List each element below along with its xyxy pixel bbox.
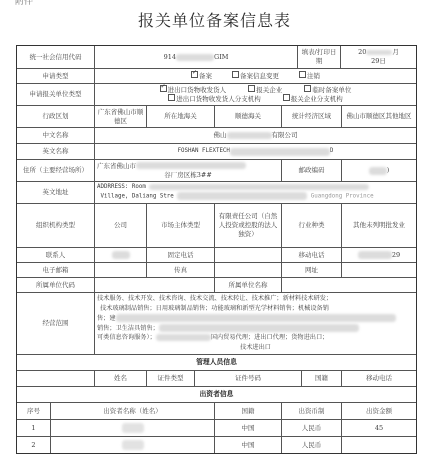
row-en-address: 英文地址 ADDRRESS: Room Village, Daliang Str… <box>17 181 416 203</box>
phone-label: 固定电话 <box>146 248 214 262</box>
row-managers-header: 姓名 证件类型 证件号码 国籍 移动电话 <box>17 370 416 386</box>
scope-line: 售；建 <box>97 315 116 322</box>
redacted-block <box>177 192 307 200</box>
investor-nationality: 中国 <box>214 437 281 453</box>
checkbox-icon[interactable] <box>232 71 239 78</box>
email-label: 电子邮箱 <box>17 263 94 277</box>
address-line2: 谷厂房区栋3## <box>97 171 279 180</box>
redacted-block <box>156 334 211 341</box>
row-business-scope: 经营范围 技术服务、技术开发、技术咨询、技术交流、技术转让、技术推广；新材料技术… <box>17 292 416 354</box>
row-apply-type: 申请类型 备案 备案信息变更 注销 <box>17 68 416 83</box>
managers-col-nationality: 国籍 <box>301 371 341 386</box>
scope-label: 经营范围 <box>17 293 94 354</box>
investors-section-title: 出资者信息 <box>17 387 416 402</box>
checkbox-icon[interactable] <box>304 85 311 92</box>
row-investors-header: 序号 出资者名称（姓名） 国籍 出资币制 出资金额 <box>17 402 416 419</box>
credit-code-label: 统一社会信用代码 <box>17 46 94 68</box>
credit-code-prefix: 914 <box>164 53 176 62</box>
org-type-value: 公司 <box>94 204 146 247</box>
en-name-prefix: FOSHAN FLEXTECH <box>178 147 230 156</box>
mobile-label: 移动电话 <box>281 248 341 262</box>
contact-value <box>94 248 146 262</box>
checkbox-icon[interactable] <box>299 71 306 78</box>
unit-type-label: 申请报关单位类型 <box>17 84 94 105</box>
postcode-value: ) <box>341 160 416 181</box>
parent-code-value <box>94 278 214 292</box>
row-region: 行政区划 广东省佛山市顺德区 所在地海关 顺德海关 统计经济区域 佛山市顺德区其… <box>17 105 416 127</box>
en-address-label: 英文地址 <box>17 182 94 203</box>
row-address: 住所（主要经营场所） 广东省佛山市 谷厂房区栋3## 邮政编码 ) <box>17 159 416 181</box>
redacted-block <box>116 314 396 322</box>
option-temporary[interactable]: 临时备案单位 <box>304 86 351 94</box>
table-row: 2 中国 人民币 <box>17 436 416 453</box>
option-label: 报关企业分支机构 <box>291 95 343 103</box>
cn-name-prefix: 佛山 <box>214 131 227 140</box>
row-en-name: 英文名称 FOSHAN FLEXTECH D <box>17 143 416 159</box>
contact-label: 联系人 <box>17 248 94 262</box>
investor-nationality: 中国 <box>214 420 281 436</box>
redacted-block <box>366 50 392 55</box>
option-register[interactable]: 备案 <box>191 72 212 81</box>
apply-type-label: 申请类型 <box>17 69 94 83</box>
fax-label: 传真 <box>146 263 214 277</box>
redacted-block <box>176 54 214 61</box>
en-name-label: 英文名称 <box>17 144 94 159</box>
fill-date-year: 20 <box>358 48 366 56</box>
option-change[interactable]: 备案信息变更 <box>232 72 279 81</box>
en-name-value: FOSHAN FLEXTECH D <box>94 144 416 159</box>
row-managers-section: 管理人员信息 <box>17 354 416 370</box>
investors-col-currency: 出资币制 <box>281 403 341 419</box>
table-row: 1 中国 人民币 45 <box>17 419 416 436</box>
row-credit-code: 统一社会信用代码 914 GIM 填表/打印日期 20月 29日 <box>17 46 416 68</box>
fill-date-day: 29日 <box>371 57 386 66</box>
checkbox-checked-icon[interactable] <box>160 85 167 92</box>
option-label: 备案信息变更 <box>240 72 279 80</box>
row-investors-section: 出资者信息 <box>17 386 416 402</box>
checkbox-icon[interactable] <box>168 94 175 101</box>
option-cancel[interactable]: 注销 <box>299 72 320 81</box>
parent-code-label: 所属单位代码 <box>17 278 94 292</box>
investor-currency: 人民币 <box>281 420 341 436</box>
address-label: 住所（主要经营场所） <box>17 160 94 181</box>
row-org-type: 组织机构类型 公司 市场主体类型 有限责任公司（自然人投资或控股的法人独资） 行… <box>17 203 416 247</box>
industry-value: 其他未列明批发业 <box>341 204 416 247</box>
market-type-label: 市场主体类型 <box>146 204 214 247</box>
fax-value <box>214 263 281 277</box>
option-label: 报关企业 <box>256 86 282 94</box>
option-consignee-branch[interactable]: 进出口货物收发货人分支机构 <box>168 95 261 103</box>
investor-index: 1 <box>17 420 50 436</box>
redacted-block <box>227 132 272 139</box>
address-line1: 广东省佛山市 <box>97 162 136 170</box>
attachment-label: 附件 <box>15 0 33 7</box>
apply-type-options: 备案 备案信息变更 注销 <box>94 69 416 83</box>
redacted-block <box>230 148 330 156</box>
parent-name-label: 所属单位名称 <box>214 278 281 292</box>
option-label: 注销 <box>307 72 320 80</box>
redacted-block <box>358 251 392 259</box>
redacted-block <box>369 167 387 175</box>
email-value <box>94 263 146 277</box>
option-customs-broker[interactable]: 报关企业 <box>248 86 282 94</box>
managers-col-name: 姓名 <box>94 371 146 386</box>
row-unit-type: 申请报关单位类型 进出口货物收发货人 报关企业 临时备案单位 进出口货物收发货人… <box>17 83 416 105</box>
scope-line: 可类信息咨询服务）； <box>97 334 156 341</box>
credit-code-suffix: GIM <box>214 53 228 62</box>
checkbox-icon[interactable] <box>283 94 290 101</box>
region-value: 广东省佛山市顺德区 <box>94 106 146 127</box>
econ-region-label: 统计经济区域 <box>281 106 341 127</box>
industry-label: 行业种类 <box>281 204 341 247</box>
redacted-block <box>122 423 144 433</box>
scope-value: 技术服务、技术开发、技术咨询、技术交流、技术转让、技术推广；新材料技术研发； 技… <box>94 293 416 354</box>
scope-line: 技术服务、技术开发、技术咨询、技术交流、技术转让、技术推广；新材料技术研发； <box>97 294 414 304</box>
checkbox-checked-icon[interactable] <box>191 71 198 78</box>
en-name-suffix: D <box>330 147 334 156</box>
managers-col-id-type: 证件类型 <box>146 371 194 386</box>
row-parent-unit: 所属单位代码 所属单位名称 <box>17 277 416 292</box>
org-type-label: 组织机构类型 <box>17 204 94 247</box>
investors-col-index: 序号 <box>17 403 50 419</box>
investors-col-amount: 出资金额 <box>341 403 416 419</box>
mobile-suffix: 29 <box>392 251 400 260</box>
option-label: 进出口货物收发货人 <box>168 86 227 94</box>
en-address-line2-suffix: Guangdong Province <box>311 194 374 200</box>
investor-name <box>50 437 214 453</box>
option-label: 进出口货物收发货人分支机构 <box>176 95 261 103</box>
option-broker-branch[interactable]: 报关企业分支机构 <box>283 95 343 103</box>
row-contact: 联系人 固定电话 移动电话 29 <box>17 247 416 262</box>
investor-amount <box>341 437 416 453</box>
scope-line: 技术玻璃制品销售；日用玻璃制品销售；功能玻璃和新型光学材料销售；机械设备销 <box>97 304 414 314</box>
region-label: 行政区划 <box>17 106 94 127</box>
parent-name-value <box>281 278 416 292</box>
address-value: 广东省佛山市 谷厂房区栋3## <box>94 160 281 181</box>
phone-value <box>214 248 281 262</box>
managers-section-title: 管理人员信息 <box>17 355 416 370</box>
checkbox-icon[interactable] <box>248 85 255 92</box>
row-email: 电子邮箱 传真 网址 <box>17 262 416 277</box>
managers-col-id-number: 证件号码 <box>194 371 301 386</box>
postcode-suffix: ) <box>387 166 390 175</box>
customs-label: 所在地海关 <box>146 106 214 127</box>
investor-index: 2 <box>17 437 50 453</box>
redacted-block <box>122 440 144 450</box>
investors-col-nationality: 国籍 <box>214 403 281 419</box>
registration-form: 统一社会信用代码 914 GIM 填表/打印日期 20月 29日 申请类型 备案… <box>16 45 417 454</box>
investors-col-name: 出资者名称（姓名） <box>50 403 214 419</box>
option-consignee[interactable]: 进出口货物收发货人 <box>160 86 227 94</box>
mobile-value: 29 <box>341 248 416 262</box>
market-type-value: 有限责任公司（自然人投资或控股的法人独资） <box>214 204 281 247</box>
postcode-label: 邮政编码 <box>281 160 341 181</box>
customs-value: 顺德海关 <box>214 106 281 127</box>
fill-date-month-suffix: 月 <box>392 48 399 56</box>
page-title: 报关单位备案信息表 <box>0 8 429 31</box>
redacted-block <box>112 251 130 259</box>
fill-date-label: 填表/打印日期 <box>297 46 340 68</box>
cn-name-suffix: 有限公司 <box>272 131 298 140</box>
cn-name-value: 佛山 有限公司 <box>94 128 416 143</box>
redacted-block <box>159 324 359 332</box>
unit-type-options: 进出口货物收发货人 报关企业 临时备案单位 进出口货物收发货人分支机构 报关企业… <box>94 84 416 105</box>
en-address-line2: Village, Daliang Stre <box>101 194 174 200</box>
row-cn-name: 中文名称 佛山 有限公司 <box>17 127 416 143</box>
option-label: 备案 <box>199 72 212 80</box>
website-label: 网址 <box>281 263 341 277</box>
option-label: 临时备案单位 <box>312 86 351 94</box>
cn-name-label: 中文名称 <box>17 128 94 143</box>
managers-col-blank <box>17 371 94 386</box>
scope-line: 国内贸易代理；进出口代理；货物进出口； <box>211 334 329 341</box>
scope-line: 销售；卫生洁具销售； <box>97 325 159 332</box>
website-value <box>341 263 416 277</box>
redacted-block <box>149 184 369 190</box>
managers-col-mobile: 移动电话 <box>341 371 416 386</box>
investor-currency: 人民币 <box>281 437 341 453</box>
investor-amount: 45 <box>341 420 416 436</box>
scope-line: 技术进出口 <box>97 343 414 353</box>
investor-name <box>50 420 214 436</box>
fill-date-value: 20月 29日 <box>340 46 416 68</box>
econ-region-value: 佛山市顺德区其他地区 <box>341 106 416 127</box>
en-address-value: ADDRRESS: Room Village, Daliang Stre Gua… <box>94 182 416 203</box>
redacted-block <box>136 162 246 169</box>
credit-code-value: 914 GIM <box>94 46 297 68</box>
en-address-line1: ADDRRESS: Room <box>97 184 146 190</box>
